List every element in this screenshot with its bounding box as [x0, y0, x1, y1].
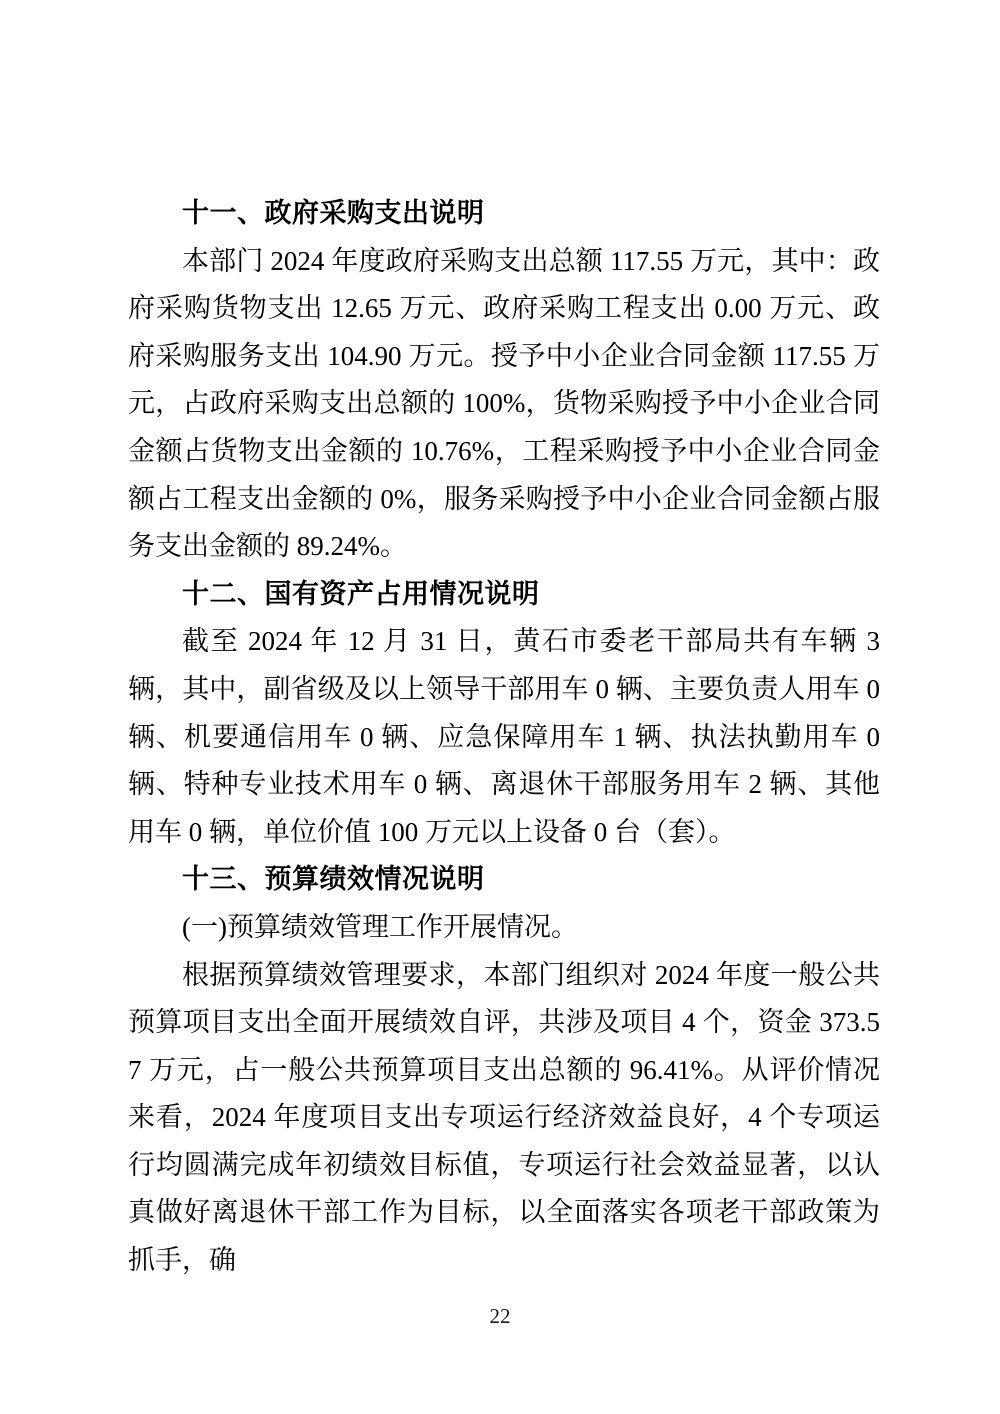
page-footer: 22 — [0, 1303, 1000, 1329]
paragraph-performance-evaluation: 根据预算绩效管理要求，本部门组织对 2024 年度一般公共预算项目支出全面开展绩… — [128, 952, 880, 1285]
paragraph-procurement-expenditure: 本部门 2024 年度政府采购支出总额 117.55 万元，其中：政府采购货物支… — [128, 238, 880, 571]
section-heading-11-government-procurement: 十一、政府采购支出说明 — [128, 190, 880, 238]
document-content: 十一、政府采购支出说明 本部门 2024 年度政府采购支出总额 117.55 万… — [128, 190, 880, 1285]
section-heading-13-budget-performance: 十三、预算绩效情况说明 — [128, 856, 880, 904]
paragraph-state-assets-occupancy: 截至 2024 年 12 月 31 日，黄石市委老干部局共有车辆 3 辆，其中，… — [128, 618, 880, 856]
section-heading-12-state-assets: 十二、国有资产占用情况说明 — [128, 571, 880, 619]
paragraph-performance-subheading: (一)预算绩效管理工作开展情况。 — [128, 904, 880, 952]
page-number: 22 — [490, 1304, 511, 1328]
document-page: 十一、政府采购支出说明 本部门 2024 年度政府采购支出总额 117.55 万… — [0, 0, 1000, 1414]
